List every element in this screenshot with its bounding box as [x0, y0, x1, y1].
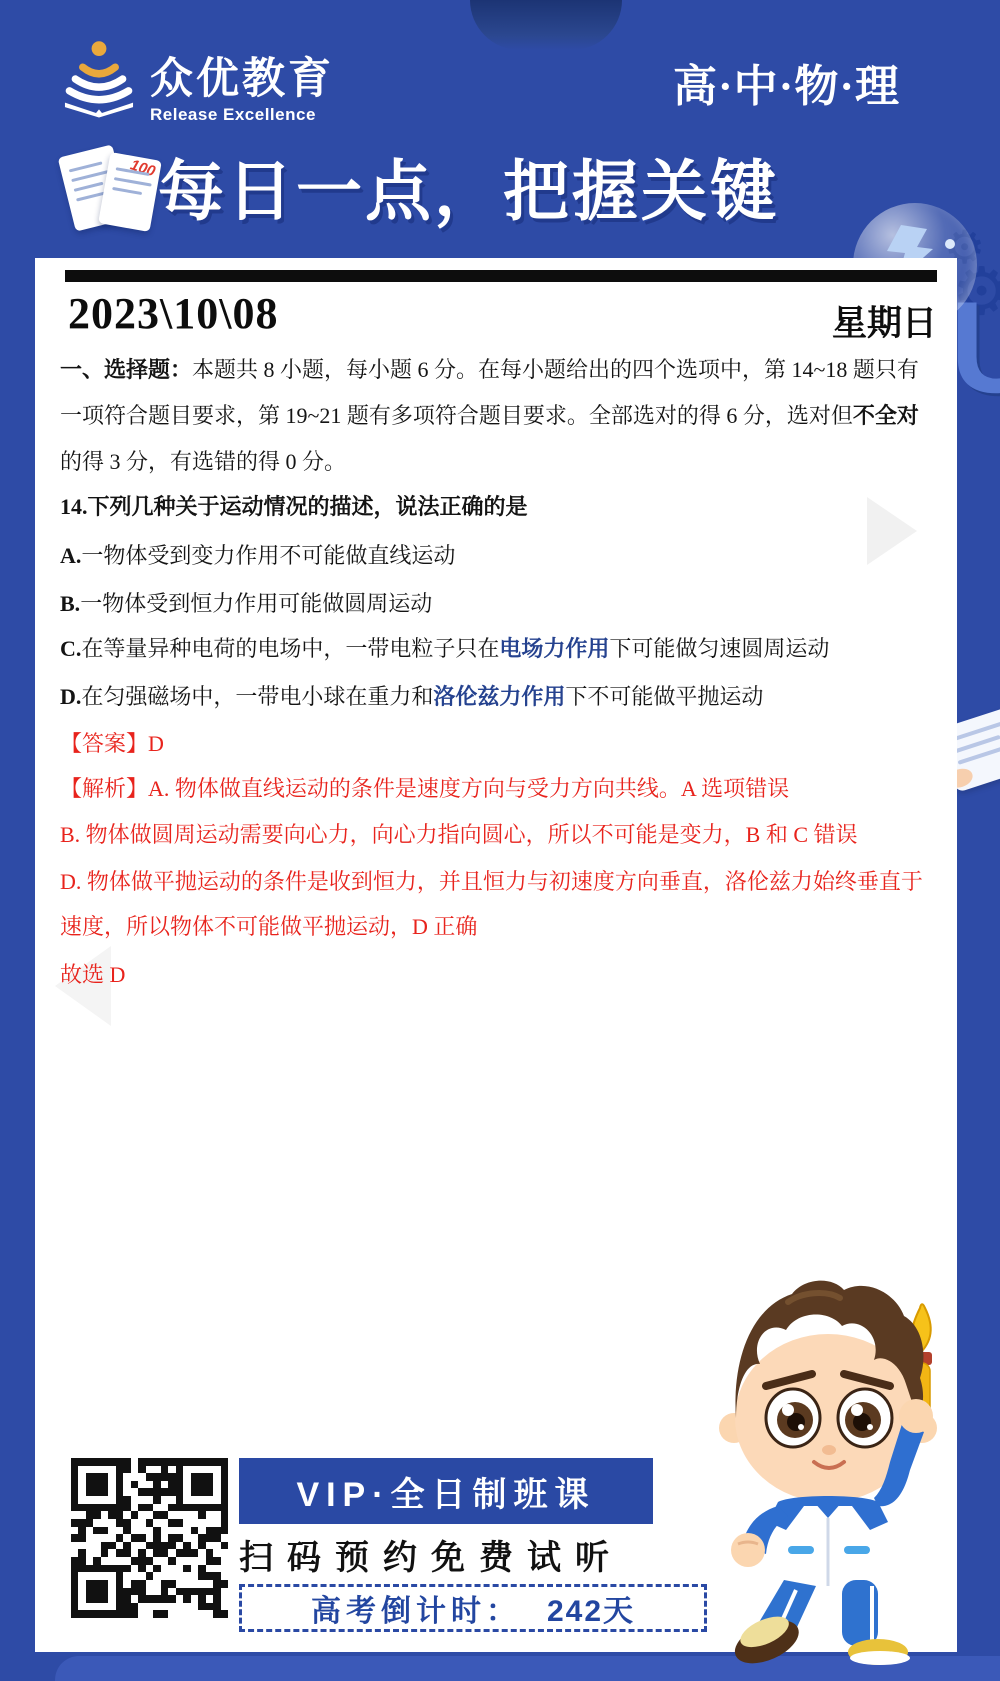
option-text: 一物体受到变力作用不可能做直线运动 — [81, 543, 455, 568]
option-label: A. — [60, 543, 81, 568]
qr-code — [71, 1458, 228, 1618]
analysis-line: 速度，所以物体不可能做平抛运动，D 正确 — [60, 910, 920, 941]
analysis-line: D. 物体做平抛运动的条件是收到恒力，并且恒力与初速度方向垂直，洛伦兹力始终垂直… — [60, 865, 920, 896]
option-label: D. — [60, 684, 81, 709]
countdown-value: 242天 — [547, 1586, 635, 1630]
intro-bold: 不全对 — [853, 403, 919, 428]
mascot-illustration — [692, 1250, 962, 1665]
option-b: B.一物体受到恒力作用可能做圆周运动 — [60, 587, 920, 618]
option-highlight: 电场力作用 — [499, 636, 609, 661]
score-mark: 100 — [128, 156, 157, 180]
weekday: 星期日 — [832, 296, 937, 346]
brand-tagline: Release Excellence — [150, 105, 334, 125]
bubble-dot-decoration — [945, 239, 955, 249]
intro-text: 的得 3 分，有选错的得 0 分。 — [60, 449, 346, 474]
intro-text: 本题共 8 小题，每小题 6 分。在每小题给出的四个选项中，第 14~18 题只… — [192, 357, 919, 382]
option-text: 在等量异种电荷的电场中，一带电粒子只在 — [81, 636, 499, 661]
option-text: 下不可能做平抛运动 — [565, 684, 763, 709]
option-text: 下可能做匀速圆周运动 — [609, 636, 829, 661]
answer-line: 【答案】D — [60, 727, 920, 758]
vip-banner: VIP·全日制班课 — [239, 1458, 653, 1524]
analysis-line: B. 物体做圆周运动需要向心力，向心力指向圆心，所以不可能是变力，B 和 C 错… — [60, 818, 920, 849]
brand-logo-icon — [62, 40, 136, 118]
page-title: 每日一点，把握关键 — [158, 138, 818, 233]
countdown-box: 高考倒计时： 242天 — [239, 1584, 707, 1632]
subject-badge: 高·中·物·理 — [640, 50, 900, 114]
analysis-line: 【解析】A. 物体做直线运动的条件是速度方向与受力方向共线。A 选项错误 — [60, 772, 920, 803]
option-text: 在匀强磁场中，一带电小球在重力和 — [81, 684, 433, 709]
intro-text: 一项符合题目要求，第 19~21 题有多项符合题目要求。全部选对的得 6 分，选… — [60, 403, 853, 428]
card-top-rule — [65, 270, 937, 282]
documents-icon: 100 — [62, 142, 167, 240]
brand-logo: 众优教育 Release Excellence — [62, 40, 334, 125]
intro-line: 一、选择题：本题共 8 小题，每小题 6 分。在每小题给出的四个选项中，第 14… — [60, 353, 920, 384]
question-stem: 14.下列几种关于运动情况的描述，说法正确的是 — [60, 490, 920, 521]
date: 2023\10\08 — [68, 288, 278, 339]
option-label: B. — [60, 591, 80, 616]
option-label: C. — [60, 636, 81, 661]
option-d: D.在匀强磁场中，一带电小球在重力和洛伦兹力作用下不可能做平抛运动 — [60, 680, 920, 711]
option-text: 一物体受到恒力作用可能做圆周运动 — [80, 591, 432, 616]
brand-name: 众优教育 — [150, 58, 334, 101]
option-c: C.在等量异种电荷的电场中，一带电粒子只在电场力作用下可能做匀速圆周运动 — [60, 632, 920, 663]
question-stem-text: 14.下列几种关于运动情况的描述，说法正确的是 — [60, 494, 528, 519]
top-center-blob-decoration — [470, 0, 622, 50]
intro-line: 的得 3 分，有选错的得 0 分。 — [60, 445, 920, 476]
scan-cta-text: 扫码预约免费试听 — [239, 1530, 709, 1579]
conclusion-line: 故选 D — [60, 958, 920, 989]
intro-line: 一项符合题目要求，第 19~21 题有多项符合题目要求。全部选对的得 6 分，选… — [60, 399, 920, 430]
countdown-label: 高考倒计时： — [311, 1586, 521, 1630]
option-a: A.一物体受到变力作用不可能做直线运动 — [60, 539, 920, 570]
poster-page: { "header": { "brand_name": "众优教育", "bra… — [0, 0, 1000, 1681]
option-highlight: 洛伦兹力作用 — [433, 684, 565, 709]
intro-lead: 一、选择题： — [60, 357, 192, 382]
